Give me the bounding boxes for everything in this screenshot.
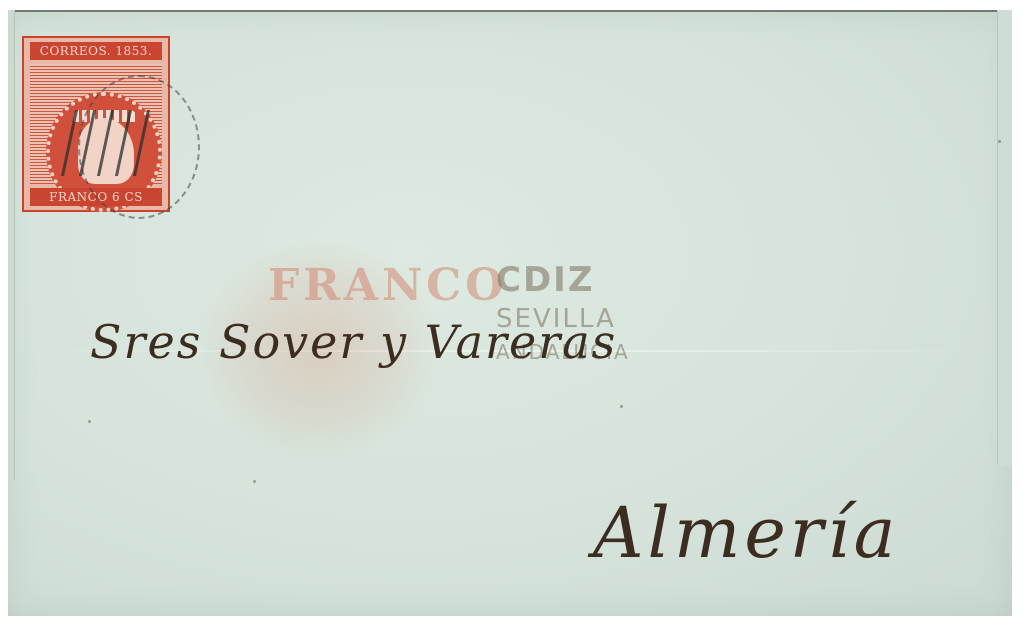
paper-spot: [620, 405, 623, 408]
grey-handstamp-line-1: CDIZ: [496, 260, 630, 300]
cover-left-flap: [8, 10, 15, 480]
cover-right-flap: [997, 10, 1012, 465]
paper-spot: [998, 140, 1001, 143]
cover-top-edge: [8, 10, 1012, 12]
paper-spot: [88, 420, 91, 423]
red-handstamp: FRANCO: [268, 260, 508, 311]
paper-spot: [253, 480, 256, 483]
letter-cover: FRANCO CDIZ SEVILLA ANDALUCIA CORREOS. 1…: [8, 10, 1012, 616]
address-city: Almería: [593, 492, 899, 574]
address-addressee: Sres Sover y Vareras: [90, 315, 617, 369]
grid-cancellation: [60, 110, 170, 180]
stamp-top-label: CORREOS. 1853.: [30, 42, 162, 60]
